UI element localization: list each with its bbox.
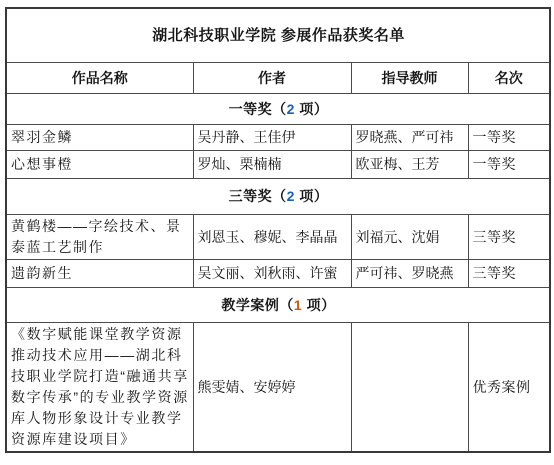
table-row: 《数字赋能课堂教学资源推动技术应用——湖北科技职业学院打造“融通共享 数字传承”… [6,323,550,453]
awards-table: 湖北科技职业学院 参展作品获奖名单 作品名称 作者 指导教师 名次 一等奖（2 … [5,7,551,453]
section-label-part: 项） [295,101,328,117]
cell-authors: 刘恩玉、穆妮、李晶晶 [193,215,351,260]
title-row: 湖北科技职业学院 参展作品获奖名单 [6,8,550,63]
section-label-part: 教学案例（ [221,297,294,313]
section-label-part: 一等奖（ [229,101,287,117]
table-row: 遗韵新生 吴文丽、刘秋雨、许蜜 严可祎、罗晓燕 三等奖 [6,260,550,288]
table-title: 湖北科技职业学院 参展作品获奖名单 [6,8,550,63]
cell-advisors: 欧亚梅、王芳 [351,151,468,179]
cell-authors: 吴文丽、刘秋雨、许蜜 [193,260,351,288]
section-label-part: 项） [302,297,335,313]
cell-authors: 熊雯婧、安婷婷 [193,323,351,453]
cell-rank: 三等奖 [468,260,550,288]
cell-rank: 一等奖 [468,125,550,151]
column-header-row: 作品名称 作者 指导教师 名次 [6,63,550,94]
section-count: 2 [287,101,295,117]
section-label-part: 项） [295,188,328,204]
cell-rank: 优秀案例 [468,323,550,453]
section-header-third-prize: 三等奖（2 项） [6,179,550,215]
cell-advisors [351,323,468,453]
cell-authors: 罗灿、栗楠楠 [193,151,351,179]
cell-work: 《数字赋能课堂教学资源推动技术应用——湖北科技职业学院打造“融通共享 数字传承”… [6,323,193,453]
section-count: 1 [294,297,302,313]
cell-work: 黄鹤楼——字绘技术、景泰蓝工艺制作 [6,215,193,260]
cell-work: 遗韵新生 [6,260,193,288]
column-header-advisors: 指导教师 [351,63,468,94]
section-label-part: 三等奖（ [229,188,287,204]
cell-work: 翠羽金鳞 [6,125,193,151]
table-row: 翠羽金鳞 吴丹静、王佳伊 罗晓燕、严可祎 一等奖 [6,125,550,151]
section-header-teaching-case: 教学案例（1 项） [6,288,550,323]
cell-work: 心想事橙 [6,151,193,179]
cell-authors: 吴丹静、王佳伊 [193,125,351,151]
section-header-first-prize: 一等奖（2 项） [6,94,550,125]
cell-advisors: 罗晓燕、严可祎 [351,125,468,151]
cell-advisors: 严可祎、罗晓燕 [351,260,468,288]
section-header-teaching-case-cell: 教学案例（1 项） [6,288,550,323]
table-row: 心想事橙 罗灿、栗楠楠 欧亚梅、王芳 一等奖 [6,151,550,179]
section-header-first-prize-cell: 一等奖（2 项） [6,94,550,125]
cell-rank: 三等奖 [468,215,550,260]
cell-rank: 一等奖 [468,151,550,179]
column-header-authors: 作者 [193,63,351,94]
section-count: 2 [287,188,295,204]
table-row: 黄鹤楼——字绘技术、景泰蓝工艺制作 刘恩玉、穆妮、李晶晶 刘福元、沈娟 三等奖 [6,215,550,260]
section-header-third-prize-cell: 三等奖（2 项） [6,179,550,215]
column-header-rank: 名次 [468,63,550,94]
awards-table-document: 湖北科技职业学院 参展作品获奖名单 作品名称 作者 指导教师 名次 一等奖（2 … [0,0,554,465]
column-header-work: 作品名称 [6,63,193,94]
cell-advisors: 刘福元、沈娟 [351,215,468,260]
